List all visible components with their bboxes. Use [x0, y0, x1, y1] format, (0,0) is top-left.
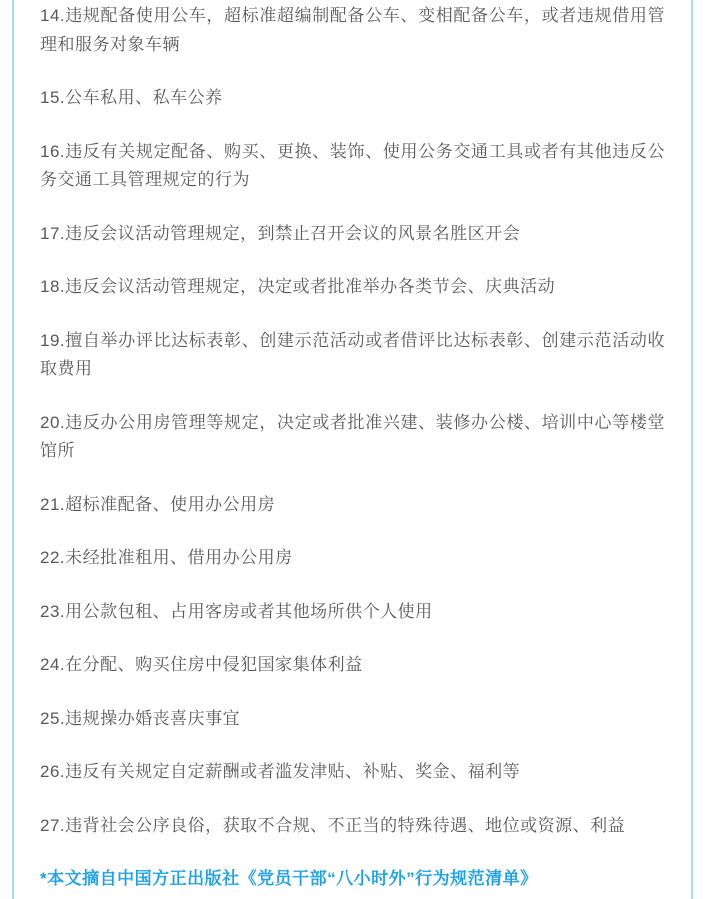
list-item-18: 18.违反会议活动管理规定，决定或者批准举办各类节会、庆典活动 [40, 273, 665, 302]
list-item-22: 22.未经批准租用、借用办公用房 [40, 544, 665, 573]
list-item-26: 26.违反有关规定自定薪酬或者滥发津贴、补贴、奖金、福利等 [40, 758, 665, 787]
list-item-21: 21.超标准配备、使用办公用房 [40, 491, 665, 520]
list-item-23: 23.用公款包租、占用客房或者其他场所供个人使用 [40, 598, 665, 627]
list-item-15: 15.公车私用、私车公养 [40, 84, 665, 113]
list-item-24: 24.在分配、购买住房中侵犯国家集体利益 [40, 651, 665, 680]
list-item-20: 20.违反办公用房管理等规定，决定或者批准兴建、装修办公楼、培训中心等楼堂馆所 [40, 409, 665, 466]
list-item-14: 14.违规配备使用公车，超标准超编制配备公车、变相配备公车，或者违规借用管理和服… [40, 2, 665, 59]
source-citation: *本文摘自中国方正出版社《党员干部“八小时外”行为规范清单》 [40, 865, 665, 894]
list-item-19: 19.擅自举办评比达标表彰、创建示范活动或者借评比达标表彰、创建示范活动收取费用 [40, 327, 665, 384]
article-panel: 14.违规配备使用公车，超标准超编制配备公车、变相配备公车，或者违规借用管理和服… [12, 0, 693, 899]
list-item-25: 25.违规操办婚丧喜庆事宜 [40, 705, 665, 734]
list-item-16: 16.违反有关规定配备、购买、更换、装饰、使用公务交通工具或者有其他违反公务交通… [40, 138, 665, 195]
list-item-17: 17.违反会议活动管理规定，到禁止召开会议的风景名胜区开会 [40, 220, 665, 249]
list-item-27: 27.违背社会公序良俗，获取不合规、不正当的特殊待遇、地位或资源、利益 [40, 812, 665, 841]
